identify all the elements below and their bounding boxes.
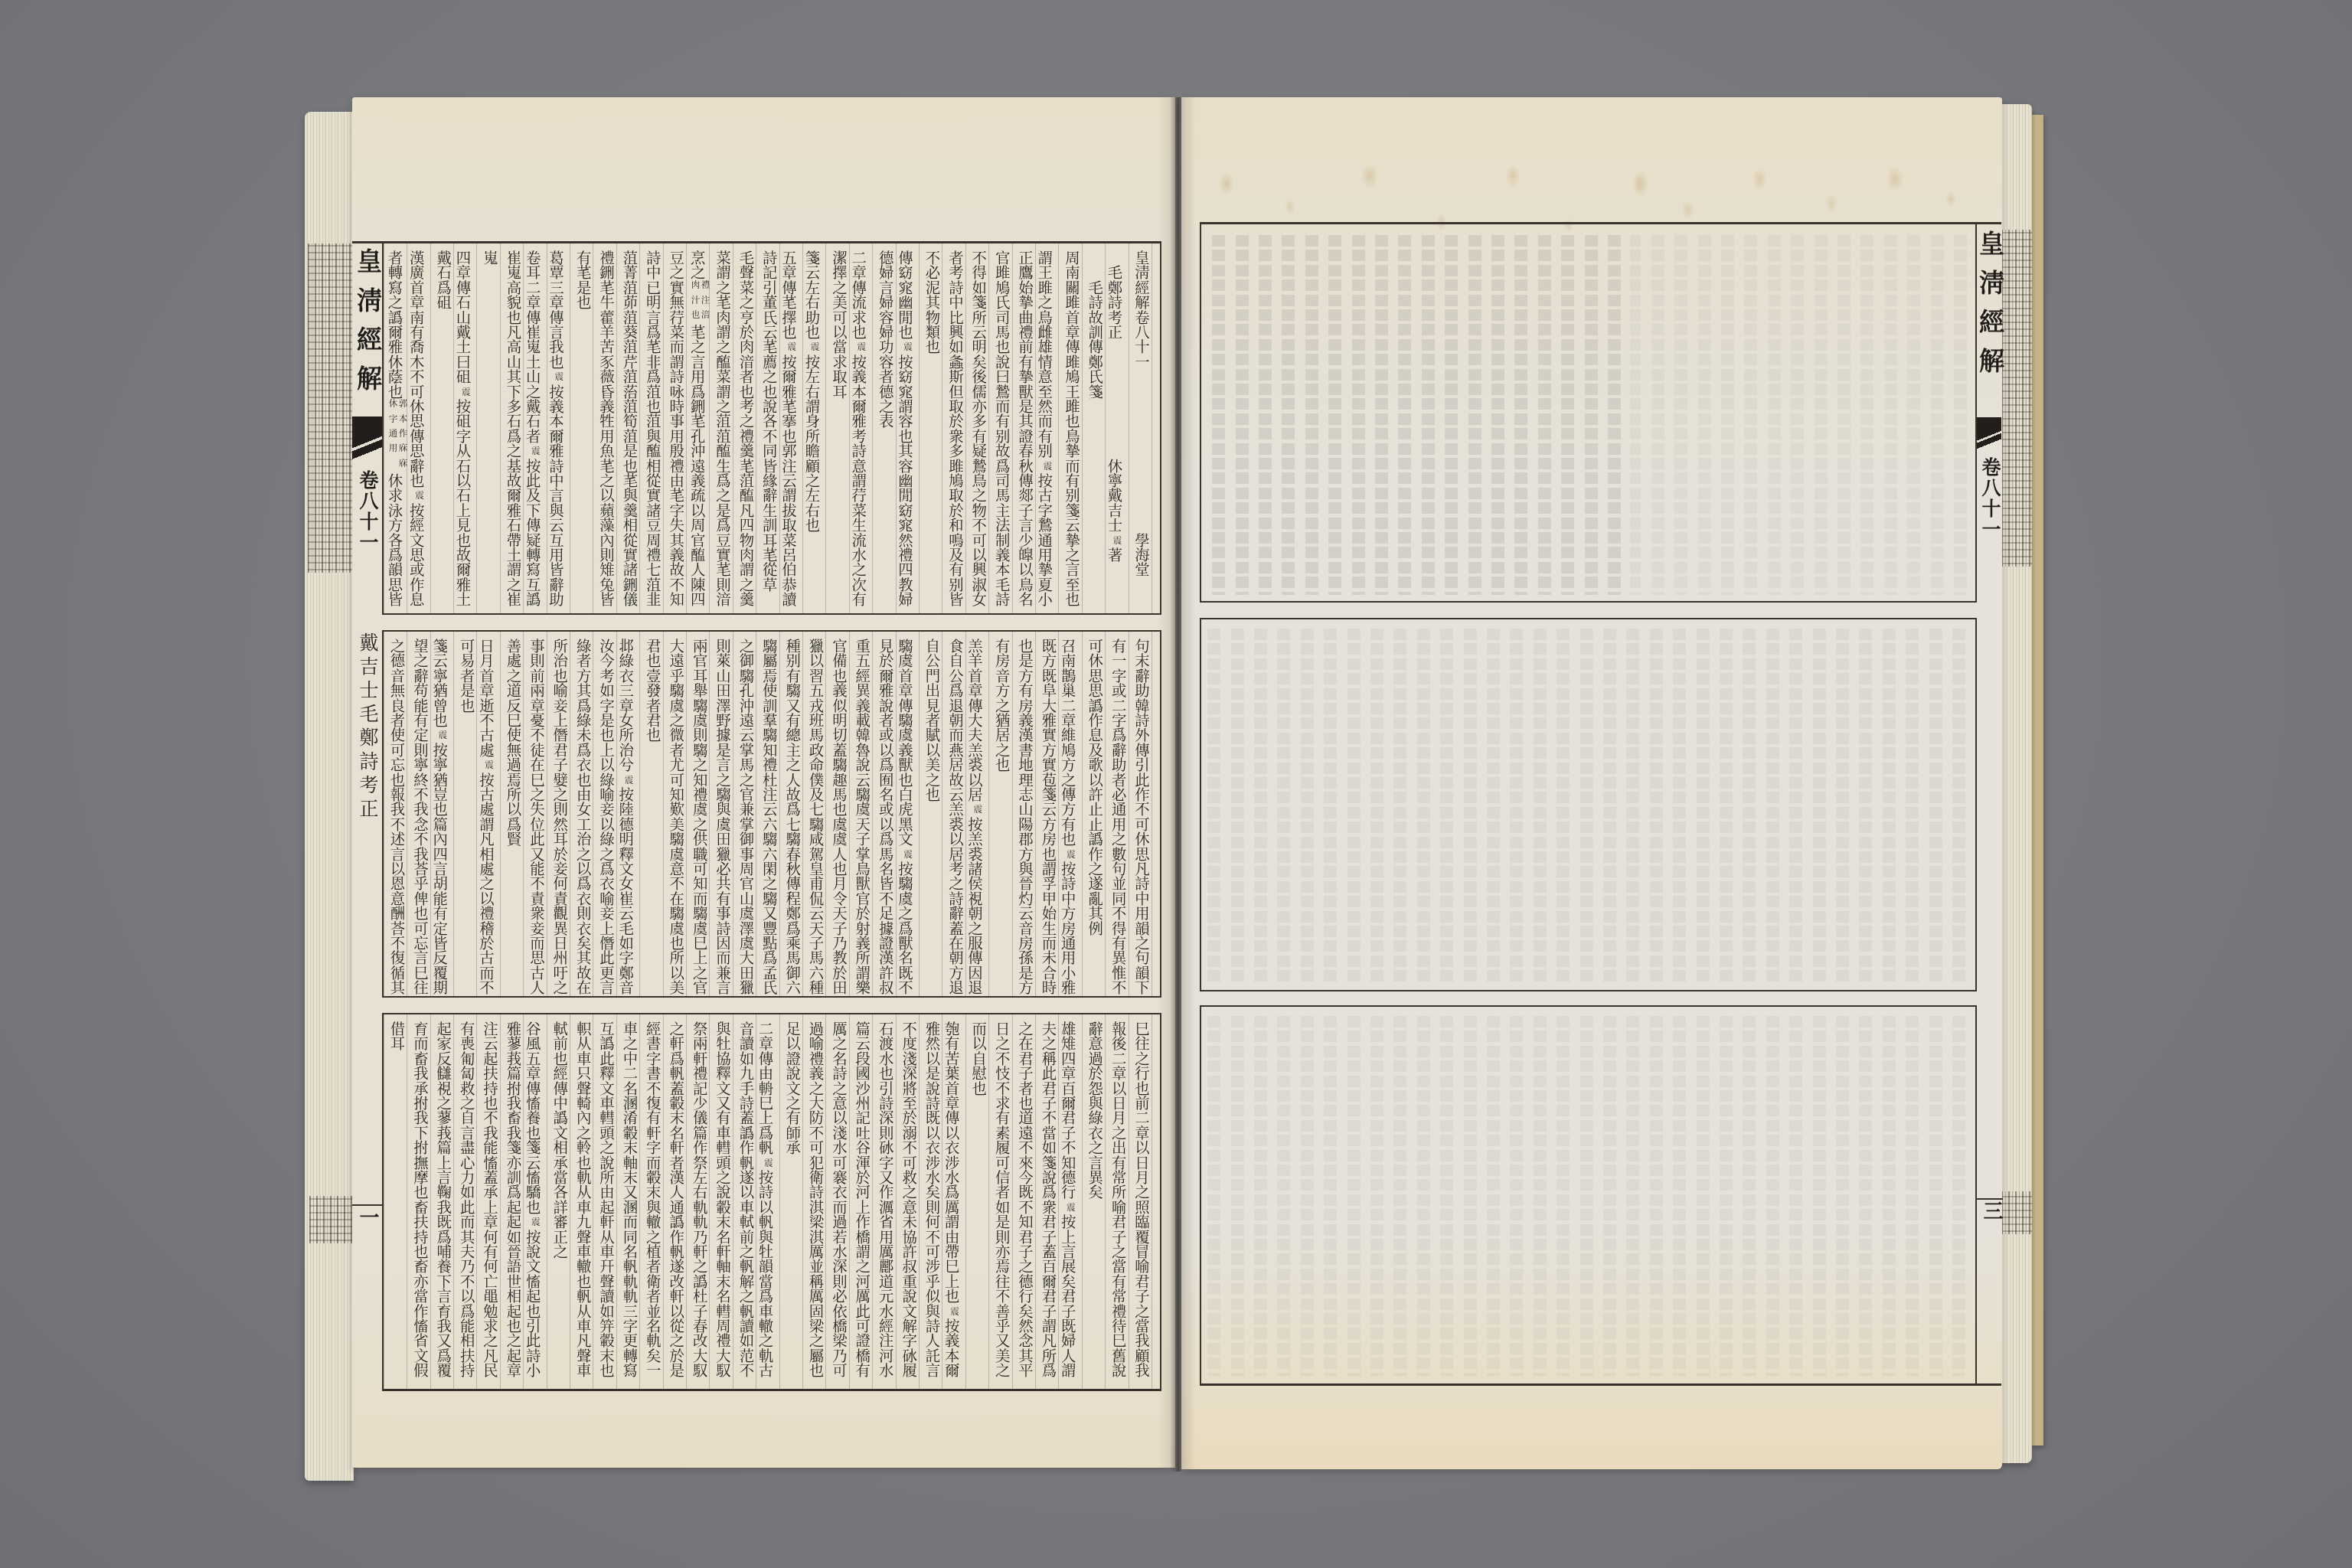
text-column: 箋云寧猶曾也震按寧猶豈也篇內四言胡能有定皆反覆期 (431, 639, 454, 995)
text-column: 雅蓼莪篇拊我畜我箋亦訓爲起起如晉語世相起也之起章 (501, 1021, 524, 1387)
text-column: 之在君子者也道遠不來今既不知君子之德行矣然念其平 (1013, 1021, 1036, 1387)
text-column: 谷風五章傳慉養也箋云慉驕也震按說文慉起也引此詩小 (524, 1021, 547, 1387)
text-column: 善處之道反巳使無過焉所以爲賢 (501, 639, 524, 995)
text-column: 詩記引董氏云芼薦之也說各不同皆緣辭生訓耳芼從草 (756, 250, 779, 612)
text-column: 石渡水也引詩深則砅字又作濿省用厲酈道元水經注河水 (873, 1021, 896, 1387)
text-column: 日之不忮不求有素履可信者如是則亦焉往不善乎又美之 (989, 1021, 1012, 1387)
book-gutter (1158, 97, 1196, 1472)
text-column: 有一字或二字爲辭助者必通用之數句並同不得有異惟不 (1106, 639, 1129, 995)
interlinear-note-line: 肉汁也 (691, 280, 701, 325)
text-column: 不得如箋所云明矣後儒亦多有疑鷙鳥之物不可以興淑女 (966, 250, 989, 612)
text-column: 召南鵲巢二章維鳩方之傳方有也震按詩中方房通用小雅 (1059, 639, 1082, 995)
text-column: 禮鉶芼牛藿羊苦豕薇昏義牲用魚芼之以蘋藻內則雉兔皆 (594, 250, 617, 612)
small-annotation: 震 (897, 847, 920, 861)
text-column: 重五經異義載韓魯說云騶虞天子掌鳥獸官於射義所謂樂 (850, 639, 873, 995)
text-column: 葛覃三章傳言我也震按義本爾雅詩中言與云互用皆辭助 (547, 250, 570, 612)
small-annotation: 震 (756, 1155, 779, 1170)
page-number: 一 (356, 1207, 379, 1227)
small-annotation: 震 (897, 339, 920, 354)
text-column: 報後二章以日月之出有常所喻君子之當有常禮待巳舊說 (1106, 1021, 1129, 1387)
right-section-2 (1200, 618, 1977, 991)
text-column: 二章傳流求也震按義本爾雅考詩意謂荇菜生流水之次有 (850, 250, 873, 612)
spine-book-title: 皇淸經解 (353, 248, 382, 404)
spine-page-rule (352, 1204, 382, 1206)
right-section-1 (1200, 222, 1977, 603)
text-column: 望之辭苟能有定則寧終不我念不我荅乎俾也可忘言巳往 (408, 639, 431, 995)
text-columns (1201, 231, 1968, 599)
text-column: 自公門出見者賦以美之也 (920, 639, 942, 995)
left-edge-ink-smear (308, 243, 352, 573)
text-column: 厲之名詩之意以淺水可褰衣而過若水深則必依橋梁乃可 (827, 1021, 850, 1387)
text-column: 而以自慰也 (966, 1021, 989, 1387)
text-column: 騶虞首章傳騶虞義獸也白虎黑文震按騶虞之爲獸名既不 (897, 639, 920, 995)
text-column: 兩官耳舉騶虞則騶之知禮虞之供職可知而騶虞巳上之官 (687, 639, 710, 995)
small-annotation: 震 (1036, 459, 1059, 473)
text-column: 起家反讎視之蓼莪篇上言鞠我既爲哺養下言育我又爲覆 (431, 1021, 454, 1387)
text-column: 邶綠衣三章女所治兮震按陸德明釋文女崔云毛如字鄭音 (617, 639, 640, 995)
text-column: 育而畜我承拊我下拊撫摩也畜扶持也畜亦當作慉省文假 (408, 1021, 431, 1387)
small-annotation: 震 (780, 339, 803, 354)
text-column: 軾前也經傳中譌文相承當各詳審正之 (547, 1021, 570, 1387)
text-columns: 句末辭助韓詩外傳引此作不可休思凡詩中用韻之句韻下有一字或二字爲辭助者必通用之數句… (384, 639, 1152, 995)
text-column: 大遠乎騶虞之微者尤可知歎美騶虞意不在騶虞也所以美 (664, 639, 687, 995)
fish-tail-ornament (1977, 417, 2001, 452)
text-column: 崔嵬高貌也凡高山其下多石爲之基故爾雅石帶土謂之崔 (501, 250, 524, 612)
text-column: 之軒爲軓蓋轂末名軒者漢人通譌作軓遂改軒以從之於是 (664, 1021, 687, 1387)
small-annotation: 震 (1106, 533, 1129, 547)
text-column: 足以證說文之有師承 (780, 1021, 803, 1387)
right-edge-ink-smear-bottom (2001, 1191, 2032, 1234)
text-column: 注云起扶持也不我能慉蓋承上章何有何亡黽勉求之凡民 (478, 1021, 501, 1387)
left-spine: 皇淸經解 卷八十一 (352, 241, 382, 615)
text-column: 箋云左右助也震按左右謂身所瞻顧之左右也 (803, 250, 826, 612)
text-column: 有房音方之猶居之也 (989, 639, 1012, 995)
text-column: 官備也義似明切蓋騶趣馬也虞虞人也月令天子乃教於田 (827, 639, 850, 995)
text-column: 菹菁菹茆菹葵菹芹菹菭菹筍菹是也芼與羹相從實諸鉶儀 (617, 250, 640, 612)
text-column: 雅然以是說詩既以衣涉水矣則何不可涉乎似與詩人託言 (920, 1021, 942, 1387)
interlinear-note-line: 禮注湆 (701, 280, 710, 325)
text-column: 有芼是也 (570, 250, 593, 612)
text-column: 羔羊首章傳大夫羔裘以居震按羔裘諸侯視朝之服傳因退 (966, 639, 989, 995)
text-column: 四章傳石山戴土曰砠震按砠字从石以石上見也故爾雅土 (454, 250, 477, 612)
text-column: 綠者方其爲綠未爲衣也由女工治之以爲衣則衣矣其故在 (570, 639, 593, 995)
text-column: 者考詩中比興如螽斯但取於衆多雎鳩取於和鳴及有别皆 (942, 250, 965, 612)
text-column: 則萊山田澤野據是言之騶與虞田獵必共有事詩因而兼言 (710, 639, 733, 995)
text-column: 者轉寫之譌爾雅休蔭也郭本作庥庥休字通用休求泳方各爲韻思皆 (384, 250, 407, 612)
text-column: 經書字書不復有軒字而轂末與轍之植者衛者並名軌矣一 (640, 1021, 663, 1387)
small-annotation: 震 (407, 488, 430, 502)
text-column: 雄雉四章百爾君子不知德行震按上言展矣君子既婦人謂 (1059, 1021, 1082, 1387)
right-section-3 (1200, 1005, 1977, 1386)
margin-running-title: 戴吉士毛鄭詩考正 (356, 632, 379, 822)
text-column: 毛鄭詩考正 休寧戴吉士震著 (1106, 250, 1129, 612)
interlinear-note: 郭本作庥庥休字通用 (388, 399, 408, 473)
small-annotation: 震 (547, 369, 570, 384)
text-column: 謂王雎之鳥雌雄情意至然而有别震按古字鷙通用摯夏小 (1036, 250, 1059, 612)
text-column: 既方既阜大雅實方實苞箋云方房也謂孚甲始生而未合時 (1036, 639, 1059, 995)
small-annotation: 震 (524, 1214, 547, 1229)
text-column: 可休思思譌作息及歌以許止止譌作之遂亂其例 (1083, 639, 1106, 995)
right-cover-edge (2030, 115, 2043, 1445)
text-column: 傳窈窕幽閒也震按窈窕謂容也其容幽閒窈窕然禮四教婦 (897, 250, 920, 612)
small-annotation: 震 (454, 384, 477, 399)
text-column: 匏有苦葉首章傳以衣涉水爲厲謂由帶巳上也震按義本爾 (942, 1021, 965, 1387)
text-column: 獵以習五戎班馬政命僕及七騶咸駕皇甫侃云天子馬六種 (803, 639, 826, 995)
text-column: 車之中二名溷淆轂末軸末又溷而同名軓軌軌三字更轉寫 (617, 1021, 640, 1387)
small-annotation: 震 (524, 443, 547, 458)
text-column: 詩中已明言爲芼非爲菹也菹與醢相從實諸豆周禮七菹韭 (640, 250, 663, 612)
spine-page-rule (1977, 1198, 2003, 1200)
left-edge-ink-smear-bottom (309, 1196, 352, 1243)
left-section-1: 皇淸經解卷八十一 學海堂 毛鄭詩考正 休寧戴吉士震著 毛詩故訓傳鄭氏箋周南關雎首… (382, 241, 1161, 615)
left-section-3: 巳往之行也前二章以日月之照臨覆冒喻君子之當我顧我報後二章以日月之出有常所喻君子之… (382, 1013, 1161, 1391)
text-column: 篇云段國沙州記吐谷渾於河上作橋謂之河厲此可證橋有 (850, 1021, 873, 1387)
small-annotation: 震 (478, 757, 501, 772)
text-column: 菜謂之芼肉謂之醢菜謂之菹菹醢生爲之是爲豆實芼則湆 (710, 250, 733, 612)
text-column: 巳往之行也前二章以日月之照臨覆冒喻君子之當我顧我 (1129, 1021, 1152, 1387)
text-column: 所治也喻妾上僭君子嬖之則然耳於妾何責觀異日州吁之 (547, 639, 570, 995)
text-column: 汝今考如字是也上以綠喻妾以綠之爲衣喻妾上僭此更言 (594, 639, 617, 995)
interlinear-note-line: 休字通用 (388, 399, 398, 473)
text-column: 軹从車只聲輢內之軨也軌从車九聲車轍也軓从車凡聲車 (570, 1021, 593, 1387)
text-columns: 皇淸經解卷八十一 學海堂 毛鄭詩考正 休寧戴吉士震著 毛詩故訓傳鄭氏箋周南關雎首… (384, 250, 1152, 612)
text-column: 與牡協釋文又有車轊頭之說轂末名軒軸末名轊周禮大馭 (710, 1021, 733, 1387)
text-column: 之德音無良者使可忘也報我不述言以恩意酬荅不復循其 (384, 639, 407, 995)
small-annotation: 震 (1059, 847, 1082, 861)
small-annotation: 震 (1059, 1200, 1082, 1214)
text-column: 二章傳由輈巳上爲軓震按詩以軓與牡韻當爲車轍之軌古 (756, 1021, 779, 1387)
left-section-2: 句末辭助韓詩外傳引此作不可休思凡詩中用韻之句韻下有一字或二字爲辭助者必通用之數句… (382, 630, 1161, 998)
small-annotation: 震 (431, 727, 454, 742)
text-column: 借耳 (384, 1021, 407, 1387)
small-annotation: 震 (617, 773, 640, 787)
text-column: 日月首章逝不古處震按古處謂凡相處之以禮稽於古而不 (478, 639, 501, 995)
interlinear-note: 禮注湆肉汁也 (691, 280, 710, 325)
text-column: 音讀如九手詩蓋譌作軓遂以車軾前之軓解之軓讀如范不 (733, 1021, 756, 1387)
text-column: 正鷹始摯曲禮前有摯獸是其證春秋傳郯子言少皥以鳥名 (1013, 250, 1036, 612)
text-columns: 巳往之行也前二章以日月之照臨覆冒喻君子之當我顧我報後二章以日月之出有常所喻君子之… (384, 1021, 1152, 1387)
spine-volume-label: 卷八十一 (1977, 457, 2003, 540)
page-number: 三 (1980, 1200, 2003, 1220)
small-annotation: 震 (803, 339, 826, 354)
text-column: 互譌此釋文車轊頭之說所由起軒从車幵聲讀如笄轂末也 (594, 1021, 617, 1387)
spine-volume-label: 卷八十一 (354, 470, 381, 553)
text-column: 之御騶孔沖遠云掌馬之官兼掌御事周官山虞澤虞大田獵 (733, 639, 756, 995)
text-column: 漢廣首章南有喬木不可休思傳思辭也震按經文思或作息 (408, 250, 431, 612)
text-column: 不必泥其物類也 (920, 250, 942, 612)
small-annotation: 震 (966, 802, 989, 816)
text-column: 豆之實無荇菜而謂詩咏時事用殷禮由芼字失其義故不知 (664, 250, 687, 612)
text-column: 君也壹發者君也 (640, 639, 663, 995)
text-columns (1201, 1014, 1968, 1382)
text-column: 夫之稱此君子不當如箋說爲衆君子蓋百爾君子謂凡所爲 (1036, 1021, 1059, 1387)
interlinear-note-line: 郭本作庥庥 (398, 399, 408, 473)
text-column: 嵬 (478, 250, 501, 612)
text-column: 也是方有房義漢書地理志山陽郡方與晉灼云音房孫是方 (1013, 639, 1036, 995)
text-column: 有喪匍匐救之自言盡心力如此而其夫乃不以爲能相扶持 (454, 1021, 477, 1387)
small-annotation: 震 (850, 339, 873, 354)
text-column: 事則前兩章憂不徒在巳之失位此又能不責衆妾而思古人 (524, 639, 547, 995)
fish-tail-ornament (352, 416, 382, 465)
text-column: 官雎鳩氏司馬也說曰鷙而有别故爲司馬主法制義本毛詩 (989, 250, 1012, 612)
text-column: 句末辭助韓詩外傳引此作不可休思凡詩中用韻之句韻下 (1129, 639, 1152, 995)
text-columns (1201, 626, 1968, 988)
text-column: 周南關雎首章傳雎鳩王雎也鳥摯而有别箋云摯之言至也 (1059, 250, 1082, 612)
text-column: 不度淺深將至於溺不可救之意未協許叔重說文解字砅履 (897, 1021, 920, 1387)
text-column: 烹之禮注湆肉汁也芼之言用爲鉶芼孔沖遠義疏以周官醢人陳四 (687, 250, 710, 612)
right-edge-ink-smear (2001, 230, 2032, 567)
text-column: 種别有騶又有總主之人故爲七騶春秋傳程鄭爲乘馬御六 (780, 639, 803, 995)
text-column: 騶屬焉使訓羣騶知禮杜注云六騶六閑之騶又豐點爲孟氏 (756, 639, 779, 995)
text-column: 見於爾雅說者或以爲囿名或以爲馬名皆不足據證漢許叔 (873, 639, 896, 995)
text-column: 辭意過於怨與綠衣之言異矣 (1083, 1021, 1106, 1387)
text-column: 毛聲菜之亨於肉湆者也考之禮羹芼菹醢凡四物肉謂之羹 (733, 250, 756, 612)
text-column: 祭兩軒禮記少儀篇作祭左右軌軌乃軒之譌杜子春改大馭 (687, 1021, 710, 1387)
text-column: 過喻禮義之大防不可犯衛詩淇梁淇厲並稱厲固梁之屬也 (803, 1021, 826, 1387)
text-column: 食自公爲退朝而燕居故云羔裘以居考之詩辭蓋在朝方退 (942, 639, 965, 995)
spine-book-title: 皇淸經解 (1975, 230, 2004, 387)
small-annotation: 震 (942, 1304, 965, 1318)
text-column: 皇淸經解卷八十一 學海堂 (1129, 250, 1152, 612)
